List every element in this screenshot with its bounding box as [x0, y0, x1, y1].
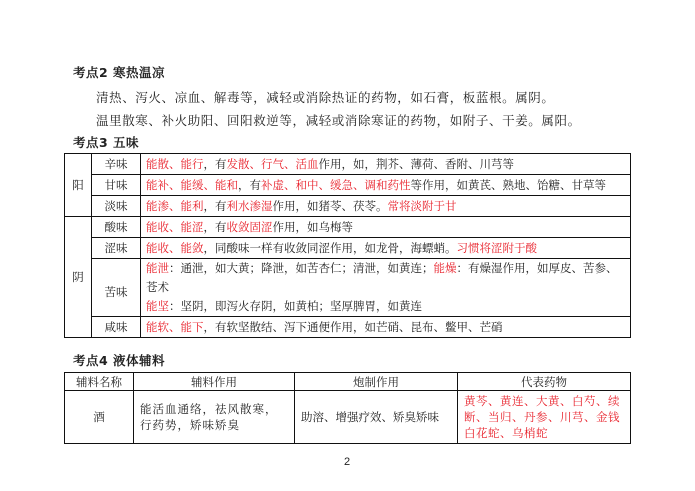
highlight-text: 能收、能涩 — [146, 220, 204, 234]
taste-description: 能渗、能利，有利水渗湿作用，如猪苓、茯苓。常将淡附于甘 — [141, 196, 631, 217]
highlight-text: 能渗、能利 — [146, 199, 204, 213]
highlight-text: 补虚、和中、缓急、调和药性 — [261, 178, 411, 192]
highlight-text: 能收、能敛 — [146, 241, 204, 255]
five-tastes-table: 阳 辛味 能散、能行，有发散、行气、活血作用，如，荆芥、薄荷、香附、川芎等 甘味… — [64, 153, 631, 338]
table-row: 阴 酸味 能收、能涩，有收敛固涩作用，如乌梅等 — [65, 217, 631, 238]
processing-effect: 助溶、增强疗效、矫臭矫味 — [295, 391, 458, 444]
section2-paragraph-cold-cool: 清热、泻火、凉血、解毒等，减轻或消除热证的药物，如石膏，板蓝根。属阴。 — [96, 88, 555, 106]
page-number: 2 — [344, 456, 350, 468]
table-row: 涩味 能收、能敛，同酸味一样有收敛同涩作用，如龙骨，海螵蛸。习惯将涩附于酸 — [65, 238, 631, 259]
highlight-text: 能泄 — [146, 261, 169, 275]
section3-heading: 考点3 五味 — [73, 133, 139, 151]
text: ，同酸味一样有收敛同涩作用，如龙骨，海螵蛸。 — [204, 241, 457, 255]
taste-description: 能收、能涩，有收敛固涩作用，如乌梅等 — [141, 217, 631, 238]
taste-description: 能散、能行，有发散、行气、活血作用，如，荆芥、薄荷、香附、川芎等 — [141, 154, 631, 175]
section2-heading: 考点2 寒热温凉 — [73, 63, 165, 81]
highlight-text: 能燥 — [434, 261, 457, 275]
highlight-text: 能软、能下 — [146, 320, 204, 334]
table-row: 淡味 能渗、能利，有利水渗湿作用，如猪苓、茯苓。常将淡附于甘 — [65, 196, 631, 217]
text: 作用，如，荆芥、薄荷、香附、川芎等 — [319, 157, 515, 171]
excipient-name: 酒 — [65, 391, 134, 444]
taste-description: 能收、能敛，同酸味一样有收敛同涩作用，如龙骨，海螵蛸。习惯将涩附于酸 — [141, 238, 631, 259]
group-yang: 阳 — [65, 154, 92, 217]
table-row: 阳 辛味 能散、能行，有发散、行气、活血作用，如，荆芥、薄荷、香附、川芎等 — [65, 154, 631, 175]
taste-label: 苦味 — [92, 259, 141, 317]
section2-paragraph-warm-hot: 温里散寒、补火助阳、回阳救逆等，减轻或消除寒证的药物，如附子、干姜。属阳。 — [96, 111, 581, 129]
column-header: 辅料名称 — [65, 373, 134, 391]
taste-label: 淡味 — [92, 196, 141, 217]
highlight-text: 收敛固涩 — [227, 220, 273, 234]
group-yin: 阴 — [65, 217, 92, 338]
text: ：有燥湿作用，如厚皮、苦参、 — [457, 261, 618, 275]
text: ，有 — [204, 157, 227, 171]
representative-drugs: 黄芩、黄连、大黄、白芍、续断、当归、丹参、川芎、金钱白花蛇、乌梢蛇 — [458, 391, 631, 444]
text: ，有 — [238, 178, 261, 192]
text: 等作用，如黄芪、熟地、饴糖、甘草等 — [411, 178, 607, 192]
taste-label: 甘味 — [92, 175, 141, 196]
highlight-text: 能坚 — [146, 299, 169, 313]
table-header-row: 辅料名称 辅料作用 炮制作用 代表药物 — [65, 373, 631, 391]
table-row: 甘味 能补、能缓、能和，有补虚、和中、缓急、调和药性等作用，如黄芪、熟地、饴糖、… — [65, 175, 631, 196]
section4-heading: 考点4 液体辅料 — [73, 351, 165, 369]
highlight-text: 常将淡附于甘 — [388, 199, 457, 213]
highlight-text: 利水渗湿 — [227, 199, 273, 213]
text: 作用，如乌梅等 — [273, 220, 354, 234]
bitter-line-3: 能坚：坚阴，即泻火存阴，如黄柏；坚厚脾胃，如黄连 — [146, 297, 625, 316]
highlight-text: 能补、能缓、能和 — [146, 178, 238, 192]
taste-label: 酸味 — [92, 217, 141, 238]
text: ，有 — [204, 199, 227, 213]
text: ，有软坚散结、泻下通便作用，如芒硝、昆布、鳖甲、芒硝 — [204, 320, 503, 334]
taste-description: 能软、能下，有软坚散结、泻下通便作用，如芒硝、昆布、鳖甲、芒硝 — [141, 317, 631, 338]
excipient-effect: 能活血通络，祛风散寒，行药势，矫味矫臭 — [134, 391, 295, 444]
text: ，有 — [204, 220, 227, 234]
table-row: 酒 能活血通络，祛风散寒，行药势，矫味矫臭 助溶、增强疗效、矫臭矫味 黄芩、黄连… — [65, 391, 631, 444]
highlight-text: 能散、能行 — [146, 157, 204, 171]
table-row: 苦味 能泄：通泄，如大黄；降泄，如苦杏仁；清泄，如黄连；能燥：有燥湿作用，如厚皮… — [65, 259, 631, 317]
text: 作用，如猪苓、茯苓。 — [273, 199, 388, 213]
highlight-text: 习惯将涩附于酸 — [457, 241, 538, 255]
liquid-excipient-table: 辅料名称 辅料作用 炮制作用 代表药物 酒 能活血通络，祛风散寒，行药势，矫味矫… — [64, 372, 631, 444]
taste-description: 能补、能缓、能和，有补虚、和中、缓急、调和药性等作用，如黄芪、熟地、饴糖、甘草等 — [141, 175, 631, 196]
bitter-line-2: 苍术 — [146, 278, 625, 297]
taste-label: 涩味 — [92, 238, 141, 259]
bitter-line-1: 能泄：通泄，如大黄；降泄，如苦杏仁；清泄，如黄连；能燥：有燥湿作用，如厚皮、苦参… — [146, 259, 625, 278]
column-header: 辅料作用 — [134, 373, 295, 391]
taste-label: 咸味 — [92, 317, 141, 338]
text: 苍术 — [146, 280, 169, 294]
column-header: 代表药物 — [458, 373, 631, 391]
taste-description: 能泄：通泄，如大黄；降泄，如苦杏仁；清泄，如黄连；能燥：有燥湿作用，如厚皮、苦参… — [141, 259, 631, 317]
column-header: 炮制作用 — [295, 373, 458, 391]
text: ：通泄，如大黄；降泄，如苦杏仁；清泄，如黄连； — [169, 261, 434, 275]
text: ：坚阴，即泻火存阴，如黄柏；坚厚脾胃，如黄连 — [169, 299, 422, 313]
highlight-text: 发散、行气、活血 — [227, 157, 319, 171]
table-row: 咸味 能软、能下，有软坚散结、泻下通便作用，如芒硝、昆布、鳖甲、芒硝 — [65, 317, 631, 338]
taste-label: 辛味 — [92, 154, 141, 175]
